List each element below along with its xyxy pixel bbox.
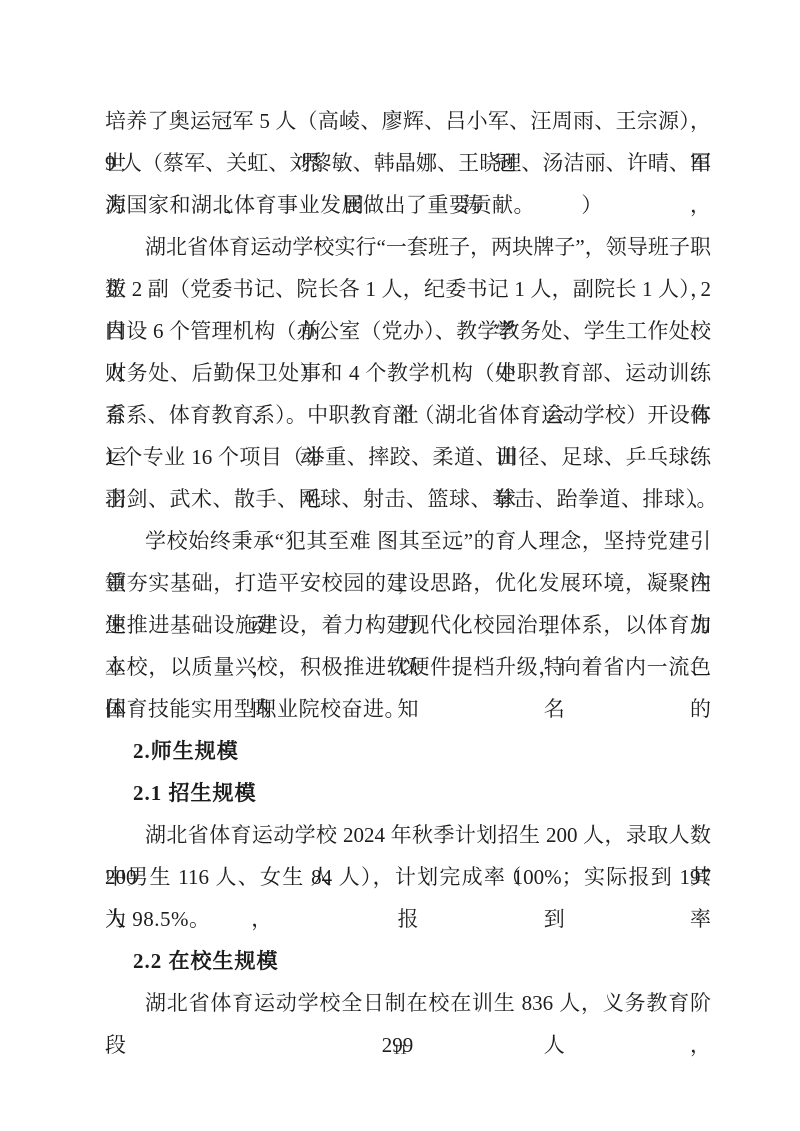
- text-line: 立校，以质量兴校，积极推进软硬件提档升级，向着省内一流、国内知名的: [105, 646, 711, 688]
- text-line: 1 个专业 16 个项目（举重、摔跤、柔道、田径、足球、乒乓球、羽毛球、: [105, 436, 711, 478]
- text-line: 9 人（蔡军、关虹、刘黎敏、韩晶娜、王晓理、汤洁丽、许晴、田源、田涛），: [105, 142, 711, 184]
- page-number: 11: [0, 1042, 800, 1059]
- text-line: 学校始终秉承“犯其至难 图其至远”的育人理念，坚持党建引领，注: [105, 520, 711, 562]
- text-line: 速推进基础设施建设，着力构建现代化校园治理体系，以体育为本，以特色: [105, 604, 711, 646]
- document-body: 培养了奥运冠军 5 人（高崚、廖辉、吕小军、汪周雨、王宗源），世界冠军9 人（蔡…: [105, 100, 711, 1024]
- text-line: 湖北省体育运动学校实行“一套班子，两块牌子”，领导班子职数 2: [105, 226, 711, 268]
- text-line: 正 2 副（党委书记、院长各 1 人，纪委书记 1 人，副院长 1 人），目前学…: [105, 268, 711, 310]
- text-line: 财务处、后勤保卫处）和 4 个教学机构（中职教育部、运动训练系、社会体: [105, 352, 711, 394]
- text-line: 击剑、武术、散手、网球、射击、篮球、拳击、跆拳道、排球）。: [105, 478, 711, 520]
- section-heading: 2.1 招生规模: [105, 772, 711, 814]
- section-heading: 2.师生规模: [105, 730, 711, 772]
- text-line: 重夯实基础，打造平安校园的建设思路，优化发展环境，凝聚内生动力，加: [105, 562, 711, 604]
- text-line: 湖北省体育运动学校全日制在校在训生 836 人，义务教育阶段 299 人，: [105, 982, 711, 1024]
- text-line: 培养了奥运冠军 5 人（高崚、廖辉、吕小军、汪周雨、王宗源），世界冠军: [105, 100, 711, 142]
- text-line: 育系、体育教育系）。中职教育部（湖北省体育运动学校）开设有运动训练: [105, 394, 711, 436]
- text-line: 湖北省体育运动学校 2024 年秋季计划招生 200 人，录取人数 200 人（…: [105, 814, 711, 856]
- document-page: 培养了奥运冠军 5 人（高崚、廖辉、吕小军、汪周雨、王宗源），世界冠军9 人（蔡…: [0, 0, 800, 1131]
- text-line: 内设 6 个管理机构（办公室（党办）、教学教务处、学生工作处、人事处、: [105, 310, 711, 352]
- section-heading: 2.2 在校生规模: [105, 940, 711, 982]
- text-line: 中男生 116 人、女生 84 人），计划完成率 100%；实际报到 197 人…: [105, 856, 711, 898]
